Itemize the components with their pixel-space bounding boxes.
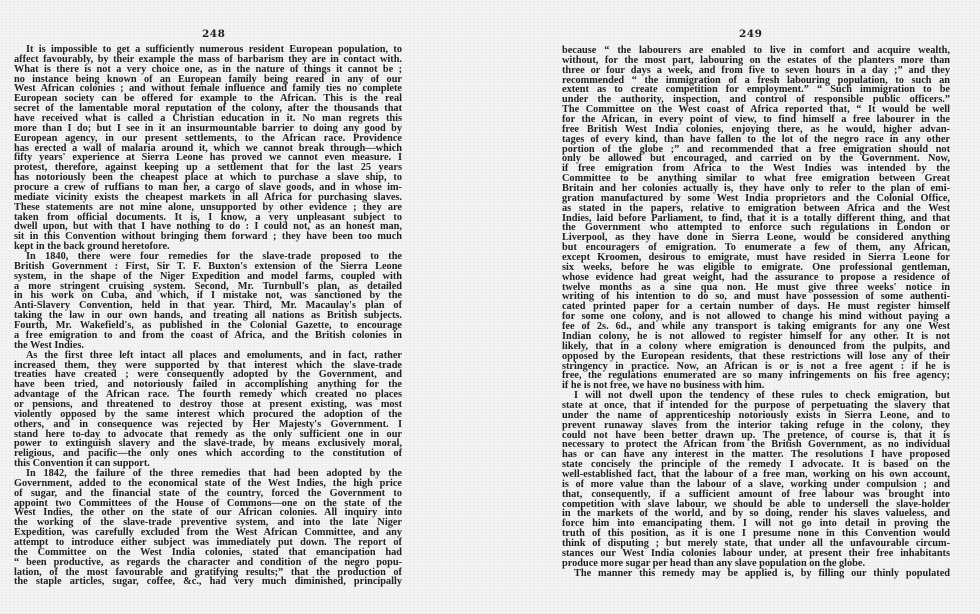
page-number-left: 248 [202,28,225,40]
left-page: 248 It is impossible to get a sufficient… [0,0,490,614]
right-page: 249 because “ the labourers are enabled … [490,0,980,614]
page-number-right: 249 [739,28,762,40]
left-page-text: It is impossible to get a sufficiently n… [14,45,402,587]
text-line: the staple articles, sugar, coffee, &c.,… [14,577,402,587]
text-line: The manner this remedy may be applied is… [562,569,950,579]
right-page-text: because “ the labourers are enabled to l… [562,46,950,578]
